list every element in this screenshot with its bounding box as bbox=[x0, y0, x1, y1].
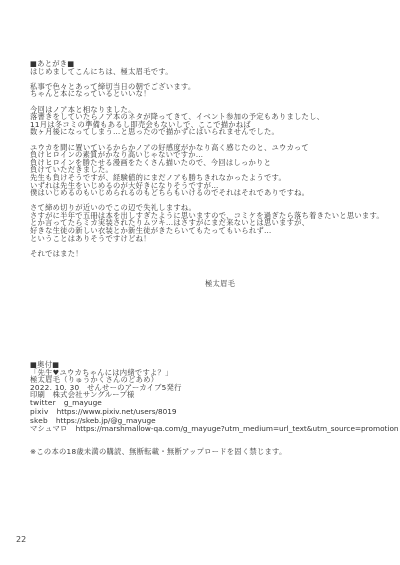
afterword-line: 数ヶ月後になってしまう…と思ったので描かずにはいられませんでした。 bbox=[30, 128, 382, 136]
colophon-section: ■奥付■ 「先生♥ユウカちゃんには内緒ですよ？」 極太眉毛（りゅうかくさんのどあ… bbox=[30, 361, 392, 457]
doujin-afterword-page: ■あとがき■ はじめましてこんにちは、極太眉毛です。 私事で色々とあって締切当日… bbox=[0, 0, 400, 565]
afterword-line: はじめましてこんにちは、極太眉毛です。 bbox=[30, 68, 382, 76]
afterword-closing-line: それではまた！ bbox=[30, 250, 382, 258]
afterword-section: ■あとがき■ はじめましてこんにちは、極太眉毛です。 私事で色々とあって締切当日… bbox=[30, 60, 382, 288]
afterword-line: ちゃんと本になっているといいな！ bbox=[30, 90, 382, 98]
age-restriction-notice: ※この本の18歳未満の購読、無断転載・無断アップロードを固く禁じます。 bbox=[30, 448, 392, 457]
twitter-handle: g_mayuge bbox=[64, 398, 102, 407]
skeb-url: https://skeb.jp/@g_mayuge bbox=[56, 416, 156, 425]
author-signature: 極太眉毛 bbox=[205, 280, 382, 288]
marshmallow-label: マシュマロ bbox=[30, 425, 68, 434]
marshmallow-link-row: マシュマロhttps://marshmallow-qa.com/g_mayuge… bbox=[30, 425, 392, 434]
afterword-line: 僕はいじめるのもいじめられるのもどちらもいけるのでそれはそれでありですね。 bbox=[30, 189, 382, 197]
marshmallow-url: https://marshmallow-qa.com/g_mayuge?utm_… bbox=[76, 424, 399, 433]
page-number: 22 bbox=[16, 535, 26, 544]
afterword-line: ということはありそうですけどね！ bbox=[30, 235, 382, 243]
pixiv-url: https://www.pixiv.net/users/8019 bbox=[57, 407, 177, 416]
